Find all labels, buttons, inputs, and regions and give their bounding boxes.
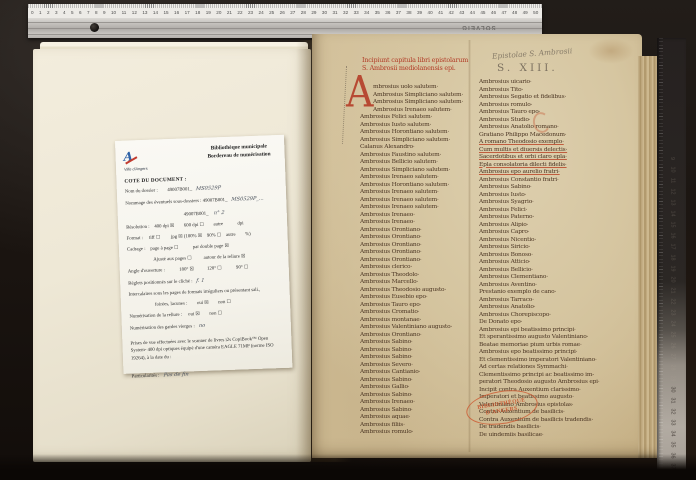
manuscript-line: Ambrosius Theodosio augusto· bbox=[360, 287, 478, 295]
city-logo: A Ville d'Angers bbox=[123, 146, 164, 171]
ruler-number: 18 bbox=[195, 11, 200, 16]
ruler-number: 27 bbox=[666, 354, 677, 360]
form-field-line: foirées, lacunes : oui ☒ non ☐ bbox=[155, 297, 282, 309]
ruler-number: 29 bbox=[666, 376, 677, 382]
handwritten-value: Pas de fin bbox=[163, 370, 189, 379]
ruler-number: 26 bbox=[666, 343, 677, 349]
ruler-number: 21 bbox=[227, 11, 232, 16]
manuscript-line: Ambrosius Siricio· bbox=[479, 244, 641, 252]
ruler-number: 24 bbox=[259, 11, 264, 16]
field-label: Particularités : bbox=[132, 373, 160, 379]
ruler-number: 45 bbox=[480, 11, 485, 16]
manuscript-line: De tradendis basilicis· bbox=[479, 424, 641, 432]
manuscript-line: Ambrosius Orontiano· bbox=[360, 227, 478, 235]
ruler-number: 16 bbox=[174, 11, 179, 16]
field-label: Angle d'ouverture : 180° ☒ 120° ☐ 90° ☐ bbox=[128, 265, 249, 274]
ruler-number: 9 bbox=[103, 11, 106, 16]
ruler-number: 27 bbox=[290, 11, 295, 16]
manuscript-line: Ambrosius Studio· bbox=[479, 117, 641, 125]
ruler-number: 28 bbox=[301, 11, 306, 16]
ruler-brand-text: SOLVEIG bbox=[461, 24, 496, 30]
ruler-number: 47 bbox=[501, 11, 506, 16]
manuscript-line: Ambrosius montanae· bbox=[360, 317, 478, 325]
ruler-number: 2 bbox=[47, 11, 50, 16]
ruler-number: 36 bbox=[385, 11, 390, 16]
manuscript-line: Ambrosius Tauro epo· bbox=[360, 302, 478, 310]
manuscript-line: Ambrosius Iusto· bbox=[479, 192, 641, 200]
vertical-ruler: 9101112131415161718192021222324252627282… bbox=[657, 38, 686, 480]
ruler-number: 15 bbox=[666, 222, 677, 228]
manuscript-line: Ambrosius Paterno· bbox=[479, 214, 641, 222]
handwritten-value: f. 1 bbox=[196, 277, 205, 285]
manuscript-line: De Donato epo· bbox=[479, 319, 641, 327]
manuscript-line: Ambrosius Simpliciano salutem· bbox=[360, 167, 478, 175]
manuscript-line: Ambrosius Cantianio· bbox=[360, 369, 478, 377]
ruler-number: 10 bbox=[111, 11, 116, 16]
ruler-number: 16 bbox=[666, 233, 677, 239]
form-field-line: 49007B001_ n° 2 bbox=[184, 207, 279, 219]
century-annotation: S. XIII. bbox=[497, 62, 558, 74]
manuscript-line: Ambrosius Sabino· bbox=[479, 184, 641, 192]
table-shadow bbox=[0, 454, 696, 480]
ruler-number: 0 bbox=[31, 11, 34, 16]
form-header: A Ville d'Angers Bibliothèque municipale… bbox=[123, 142, 277, 172]
manuscript-line: Ambrosius clerico· bbox=[360, 264, 478, 272]
manuscript-line: Ambrosius Clementiano· bbox=[479, 274, 641, 282]
digitization-form: A Ville d'Angers Bibliothèque municipale… bbox=[115, 135, 292, 374]
ruler-hanging-hole bbox=[90, 23, 99, 32]
ruler-number: 20 bbox=[666, 277, 677, 283]
manuscript-line: Ambrosius Iusto salutem· bbox=[360, 122, 478, 130]
manuscript-line: Ambrosius Sabino· bbox=[360, 347, 478, 355]
ruler-number: 26 bbox=[280, 11, 285, 16]
manuscript-line: Ambrosius Orontiano· bbox=[360, 242, 478, 250]
form-title-line2: Bordereau de numérisation bbox=[207, 150, 270, 160]
handwritten-value: no bbox=[198, 322, 205, 330]
ruler-number: 30 bbox=[666, 387, 677, 393]
ruler-number: 9 bbox=[666, 157, 677, 160]
ruler-number: 18 bbox=[666, 255, 677, 261]
ruler-number: 17 bbox=[666, 244, 677, 250]
ruler-number: 48 bbox=[512, 11, 517, 16]
field-label: Nom du dossier : 49007B001_ bbox=[125, 188, 192, 195]
ruler-number: 11 bbox=[122, 11, 127, 16]
manuscript-line: Ad certas relationes Symmachi· bbox=[479, 364, 641, 372]
manuscript-line: Et sperantissimo augusto Valentiniano· bbox=[479, 334, 641, 342]
manuscript-line: Ambrosius Irenaeo· bbox=[360, 219, 478, 227]
manuscript-line: Ambrosius Theodolo· bbox=[360, 272, 478, 280]
manuscript-line: Ambrosius epo beatissimo principi· bbox=[479, 349, 641, 357]
ruler-number: 14 bbox=[666, 211, 677, 217]
ruler-number: 35 bbox=[666, 442, 677, 448]
ruler-number: 20 bbox=[216, 11, 221, 16]
ruler-number: 12 bbox=[132, 11, 137, 16]
field-label: Numérisation de la reliure : oui ☒ non ☐ bbox=[129, 311, 222, 319]
ruler-number-scale: 0123456789101112131415161718192021222324… bbox=[28, 8, 542, 18]
ruler-number: 34 bbox=[364, 11, 369, 16]
manuscript-line: Ambrosius filiis· bbox=[360, 422, 478, 430]
ruler-number: 1 bbox=[39, 11, 42, 16]
manuscript-line: Ambrosius Tauro epo· bbox=[479, 109, 641, 117]
manuscript-line: Ambrosius epi beatissimo principi· bbox=[479, 327, 641, 335]
manuscript-line: Ambrosius Anatolio· bbox=[479, 304, 641, 312]
manuscript-line: Ambrosius Felici salutem· bbox=[360, 114, 478, 122]
manuscript-line: Ambrosius Orontiano· bbox=[360, 257, 478, 265]
logo-caption: Ville d'Angers bbox=[124, 165, 164, 171]
manuscript-line: Ambrosius Atticio· bbox=[479, 259, 641, 267]
manuscript-line: Ambrosius Faustino salutem· bbox=[360, 152, 478, 160]
ruler-number: 43 bbox=[459, 11, 464, 16]
manuscript-line: Ambrosius Bellicio· bbox=[479, 267, 641, 275]
rubric-line: S. Ambrosii mediolanensis epi. bbox=[362, 64, 468, 72]
ruler-number: 10 bbox=[666, 167, 677, 173]
ruler-number: 50 bbox=[533, 11, 538, 16]
red-rubric-heading: Incipiunt capitula libri epistolarum S. … bbox=[362, 56, 468, 72]
manuscript-line: Ambrosius Irenaeo salutem· bbox=[360, 204, 478, 212]
manuscript-line: Ambrosius Irenaeo· bbox=[360, 212, 478, 220]
ruler-groove bbox=[28, 22, 542, 23]
page-fore-edge bbox=[638, 56, 657, 458]
ruler-number: 19 bbox=[666, 266, 677, 272]
manuscript-line: Clementissimo principi ac beatissimo im- bbox=[479, 372, 641, 380]
ruler-number: 24 bbox=[666, 321, 677, 327]
ruler-number: 23 bbox=[666, 310, 677, 316]
ruler-number: 8 bbox=[95, 11, 98, 16]
manuscript-line: Cum multis et diuersis delectis· bbox=[479, 147, 641, 155]
manuscript-line: Ambrosius romulo· bbox=[360, 429, 478, 437]
manuscript-line: Ambrosius Constantio fratri· bbox=[479, 177, 641, 185]
manuscript-line: Ambrosius Cromatio· bbox=[360, 309, 478, 317]
horizontal-ruler: 0123456789101112131415161718192021222324… bbox=[28, 4, 542, 38]
ruler-number: 25 bbox=[666, 332, 677, 338]
manuscript-line: Ambrosius Severo· bbox=[360, 362, 478, 370]
manuscript-line: Ambrosius Irenaeo· bbox=[360, 399, 478, 407]
rubric-line: Incipiunt capitula libri epistolarum bbox=[362, 56, 468, 64]
ruler-number: 44 bbox=[470, 11, 475, 16]
manuscript-line: Ambrosius Orontiano· bbox=[360, 234, 478, 242]
manuscript-line: Ambrosius Capro· bbox=[479, 229, 641, 237]
manuscript-col2: Ambrosius uicario·Ambrosius Tito·Ambrosi… bbox=[479, 79, 641, 439]
manuscript-line: Ambrosius Sabino· bbox=[360, 392, 478, 400]
manuscript-line: Ambrosius Anatolio romano· bbox=[479, 124, 641, 132]
manuscript-line: Ambrosius Gallio· bbox=[360, 384, 478, 392]
field-label: Intercalaires sous les pages de formats … bbox=[129, 288, 261, 298]
ruler-number: 11 bbox=[666, 178, 677, 184]
ruler-number: 39 bbox=[417, 11, 422, 16]
parchment-stain bbox=[588, 38, 634, 64]
field-label: Résolution : 400 dpi ☒ 600 dpi ☐ autre d… bbox=[126, 221, 244, 230]
manuscript-line: Ambrosius Irenaeo salutem· bbox=[373, 107, 478, 115]
ruler-number: 42 bbox=[449, 11, 454, 16]
manuscript-line: Ambrosius Segatio et fidelibus· bbox=[479, 94, 641, 102]
manuscript-line: Ambrosius epo aurelio fratri· bbox=[479, 169, 641, 177]
manuscript-line: Ambrosius Simpliciano salutem· bbox=[373, 92, 478, 100]
manuscript-line: peratori Theodosio augusto Ambrosius epi… bbox=[479, 379, 641, 387]
manuscript-line: Ambrosius Bellicio salutem· bbox=[360, 159, 478, 167]
ruler-number: 49 bbox=[523, 11, 528, 16]
manuscript-line: Ambrosius Orontiano· bbox=[360, 249, 478, 257]
ruler-number: 30 bbox=[322, 11, 327, 16]
ruler-number: 19 bbox=[206, 11, 211, 16]
ruler-number: 31 bbox=[666, 398, 677, 404]
handwritten-value: MS0529P bbox=[196, 185, 222, 194]
ruler-number: 6 bbox=[79, 11, 82, 16]
ruler-number: 37 bbox=[396, 11, 401, 16]
manuscript-line: Ambrosius Irenaeo salutem· bbox=[360, 197, 478, 205]
ruler-number: 41 bbox=[438, 11, 443, 16]
ruler-number: 40 bbox=[428, 11, 433, 16]
ruler-number: 46 bbox=[491, 11, 496, 16]
manuscript-line: Ambrosius Sabino· bbox=[360, 407, 478, 415]
manuscript-line: Prestanio exemplo de cano· bbox=[479, 289, 641, 297]
ruler-number: 22 bbox=[666, 299, 677, 305]
manuscript-line: Ambrosius Horontiano salutem· bbox=[360, 182, 478, 190]
field-label: Prises de vue effectuées avec le scanner… bbox=[130, 336, 275, 361]
ruler-number: 31 bbox=[332, 11, 337, 16]
ruler-number: 33 bbox=[354, 11, 359, 16]
manuscript-line: Ambrosius Marcello· bbox=[360, 279, 478, 287]
manuscript-line: Ambrosius Irenaeo salutem· bbox=[360, 189, 478, 197]
field-label: Format : tiff ☐ jpg ☒ (100% ☒ 90% ☐ autr… bbox=[126, 232, 250, 242]
manuscript-line: Ambrosius Tito· bbox=[479, 87, 641, 95]
manuscript-line: Ambrosius romulo· bbox=[479, 102, 641, 110]
ruler-number: 23 bbox=[248, 11, 253, 16]
manuscript-line: Ambrosius Felici· bbox=[479, 207, 641, 215]
ruler-number: 4 bbox=[63, 11, 66, 16]
form-header-text: Bibliothèque municipale Bordereau de num… bbox=[207, 142, 277, 161]
manuscript-line: Ambrosius Tarraco· bbox=[479, 297, 641, 305]
form-field-line: Ajusté aux pages ☐ autour de la reliure … bbox=[153, 252, 280, 264]
manuscript-line: Ambrosius Syagrio· bbox=[479, 199, 641, 207]
ruler-number: 32 bbox=[343, 11, 348, 16]
manuscript-line: Beatae memoriae pium urbis romae· bbox=[479, 342, 641, 350]
manuscript-col1: mbrosius uolo salutem·Ambrosius Simplici… bbox=[360, 84, 478, 437]
manuscript-line: Sacerdotibus et orbi claro epla· bbox=[479, 154, 641, 162]
manuscript-line: Calanus Alexandro· bbox=[360, 144, 478, 152]
ruler-number: 28 bbox=[666, 365, 677, 371]
ruler-number: 17 bbox=[185, 11, 190, 16]
ruler-number: 13 bbox=[142, 11, 147, 16]
ruler-number: 7 bbox=[87, 11, 90, 16]
ruler-number: 12 bbox=[666, 189, 677, 195]
manuscript-photo: 0123456789101112131415161718192021222324… bbox=[0, 0, 696, 480]
manuscript-line: De uindemiis basilicae· bbox=[479, 432, 641, 440]
field-label: Numérisation des gardes vierges : bbox=[130, 324, 195, 331]
manuscript-line: Ambrosius uicario· bbox=[479, 79, 641, 87]
field-label: Réglets positionnés sur le cliché : bbox=[128, 279, 192, 286]
manuscript-line: Ambrosius Aventino· bbox=[479, 282, 641, 290]
field-label: Nommage des éventuels sous-dossiers : 49… bbox=[125, 198, 227, 207]
field-label: Cadrage : page à page ☐ par double page … bbox=[127, 244, 229, 253]
ruler-number: 21 bbox=[666, 288, 677, 294]
ruler-number: 3 bbox=[55, 11, 58, 16]
manuscript-line: Ambrosius Sabino· bbox=[360, 377, 478, 385]
ruler-number: 32 bbox=[666, 409, 677, 415]
angers-logo-icon: A bbox=[123, 150, 138, 164]
manuscript-line: Ambrosius Irenaeo salutem· bbox=[360, 174, 478, 182]
form-field-line: Prises de vue effectuées avec le scanner… bbox=[130, 335, 284, 364]
ruler-number: 34 bbox=[666, 431, 677, 437]
manuscript-line: Ambrosius Nicentio· bbox=[479, 237, 641, 245]
form-fields: Nom du dossier : 49007B001_MS0529PNommag… bbox=[125, 182, 285, 381]
ruler-number: 13 bbox=[666, 200, 677, 206]
manuscript-line: Gratiano Philippo Macedonum· bbox=[479, 132, 641, 140]
ruler-number: 14 bbox=[153, 11, 158, 16]
manuscript-line: Ambrosius Simpliciano salutem· bbox=[360, 137, 478, 145]
manuscript-line: Ambrosius Valentiniano augusto· bbox=[360, 324, 478, 332]
ruler-number: 33 bbox=[666, 420, 677, 426]
ruler-number: 22 bbox=[237, 11, 242, 16]
manuscript-line: Ambrosius Sabino· bbox=[360, 354, 478, 362]
ruler-number: 29 bbox=[311, 11, 316, 16]
manuscript-line: Ambrosius Alipio· bbox=[479, 222, 641, 230]
manuscript-line: Ambrosius Orontiano· bbox=[360, 332, 478, 340]
manuscript-line: Ambrosius Eusebio epo· bbox=[360, 294, 478, 302]
field-label: foirées, lacunes : oui ☒ non ☐ bbox=[155, 300, 231, 308]
manuscript-line: Ambrosius aquae· bbox=[360, 414, 478, 422]
manuscript-line: mbrosius uolo salutem· bbox=[373, 84, 478, 92]
field-label: 49007B001_ bbox=[184, 211, 210, 217]
manuscript-line: Ambrosius Sabino· bbox=[360, 339, 478, 347]
manuscript-line: A romano Theodosio exemplo· bbox=[479, 139, 641, 147]
ruler-number: 35 bbox=[375, 11, 380, 16]
ruler-number: 25 bbox=[269, 11, 274, 16]
handwritten-value: MS0529P_... bbox=[231, 195, 264, 204]
ruler-number: 38 bbox=[406, 11, 411, 16]
manuscript-line: Ambrosius Chorepiscopo· bbox=[479, 312, 641, 320]
manuscript-line: Ambrosius Horontiano salutem· bbox=[360, 129, 478, 137]
form-field-line: Numérisation des gardes vierges :no bbox=[130, 319, 283, 333]
ruler-number: 15 bbox=[163, 11, 168, 16]
manuscript-line: Et clementissimo imperatori Valentiniano… bbox=[479, 357, 641, 365]
manuscript-line: Ambrosius Simpliciano salutem· bbox=[373, 99, 478, 107]
handwritten-value: n° 2 bbox=[213, 209, 225, 218]
field-label: Ajusté aux pages ☐ autour de la reliure … bbox=[153, 254, 245, 262]
manuscript-line: Ambrosius Bonoso· bbox=[479, 252, 641, 260]
manuscript-line: Epla consolatoria dilecti fidelis· bbox=[479, 162, 641, 170]
ruler-number: 5 bbox=[71, 11, 74, 16]
